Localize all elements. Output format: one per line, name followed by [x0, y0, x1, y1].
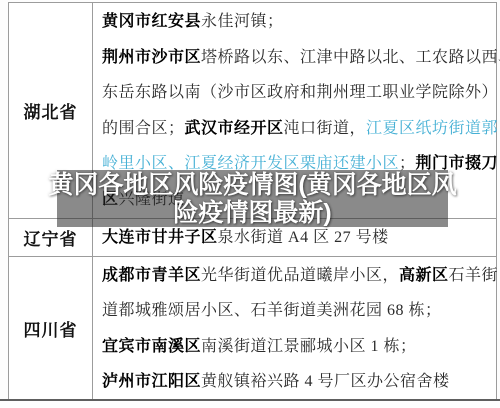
province-label: 湖北省	[24, 98, 78, 123]
area-line: 黄冈市红安县永佳河镇；	[102, 12, 500, 31]
district-name: 成都市青羊区	[102, 267, 201, 284]
area-text: 泉水街道 A4 区 27 号楼	[218, 229, 389, 246]
area-text: 光华街道优品道曦岸小区，	[201, 267, 399, 284]
watermark-title-overlay: 黄冈各地区风险疫情图(黄冈各地区风 险疫情图最新)	[57, 170, 448, 227]
watermark-title-line-1: 黄冈各地区风险疫情图(黄冈各地区风	[48, 171, 456, 199]
area-link-text: 江夏区纸坊街道郭	[366, 120, 498, 137]
district-name: 黄冈市红安县	[102, 13, 201, 30]
area-line: 大连市甘井子区泉水街道 A4 区 27 号楼	[102, 228, 490, 247]
area-line: 道都城雅颂居小区、石羊街道美洲花园 68 栋；	[102, 301, 498, 320]
area-text: 南溪街道江景郦城小区 1 栋；	[201, 338, 417, 355]
area-text: 黄舣镇裕兴路 4 号厂区办公宿舍楼	[201, 373, 450, 390]
table-row-sichuan: 四川省 成都市青羊区光华街道优品道曦岸小区，高新区石羊街 道都城雅颂居小区、石羊…	[9, 257, 496, 400]
area-list-sichuan: 成都市青羊区光华街道优品道曦岸小区，高新区石羊街 道都城雅颂居小区、石羊街道美洲…	[93, 257, 500, 400]
area-line: 荆州市沙市区塔桥路以东、江津中路以北、工农路以西、	[102, 48, 500, 67]
watermark-title-line-2: 险疫情图最新)	[173, 199, 331, 227]
area-line: 泸州市江阳区黄舣镇裕兴路 4 号厂区办公宿舍楼	[102, 372, 498, 391]
area-line: 的围合区；武汉市经开区沌口街道，江夏区纸坊街道郭	[102, 119, 500, 138]
province-label: 辽宁省	[24, 225, 78, 250]
district-name: 宜宾市南溪区	[102, 338, 201, 355]
table-bottom-rule	[0, 399, 500, 401]
district-name: 高新区	[399, 267, 449, 284]
district-name: 荆州市沙市区	[102, 49, 201, 66]
district-name: 大连市甘井子区	[102, 229, 218, 246]
province-cell-sichuan: 四川省	[9, 257, 93, 400]
district-name: 泸州市江阳区	[102, 373, 201, 390]
province-label: 四川省	[24, 316, 78, 341]
area-line: 东岳东路以南（沙市区政府和荆州理工职业学院除外）	[102, 83, 500, 102]
area-text: 的围合区；	[102, 120, 185, 137]
area-line: 宜宾市南溪区南溪街道江景郦城小区 1 栋；	[102, 337, 498, 356]
area-text: 石羊街	[449, 267, 499, 284]
area-line: 成都市青羊区光华街道优品道曦岸小区，高新区石羊街	[102, 266, 498, 285]
area-text: 塔桥路以东、江津中路以北、工农路以西、	[201, 49, 500, 66]
area-text: 东岳东路以南（沙市区政府和荆州理工职业学院除外）	[102, 84, 498, 101]
area-text: 永佳河镇；	[201, 13, 284, 30]
area-text: 道都城雅颂居小区、石羊街道美洲花园 68 栋；	[102, 302, 442, 319]
district-name: 武汉市经开区	[185, 120, 284, 137]
area-text: 沌口街道，	[284, 120, 367, 137]
screenshot-root: 湖北省 黄冈市红安县永佳河镇； 荆州市沙市区塔桥路以东、江津中路以北、工农路以西…	[0, 0, 500, 408]
